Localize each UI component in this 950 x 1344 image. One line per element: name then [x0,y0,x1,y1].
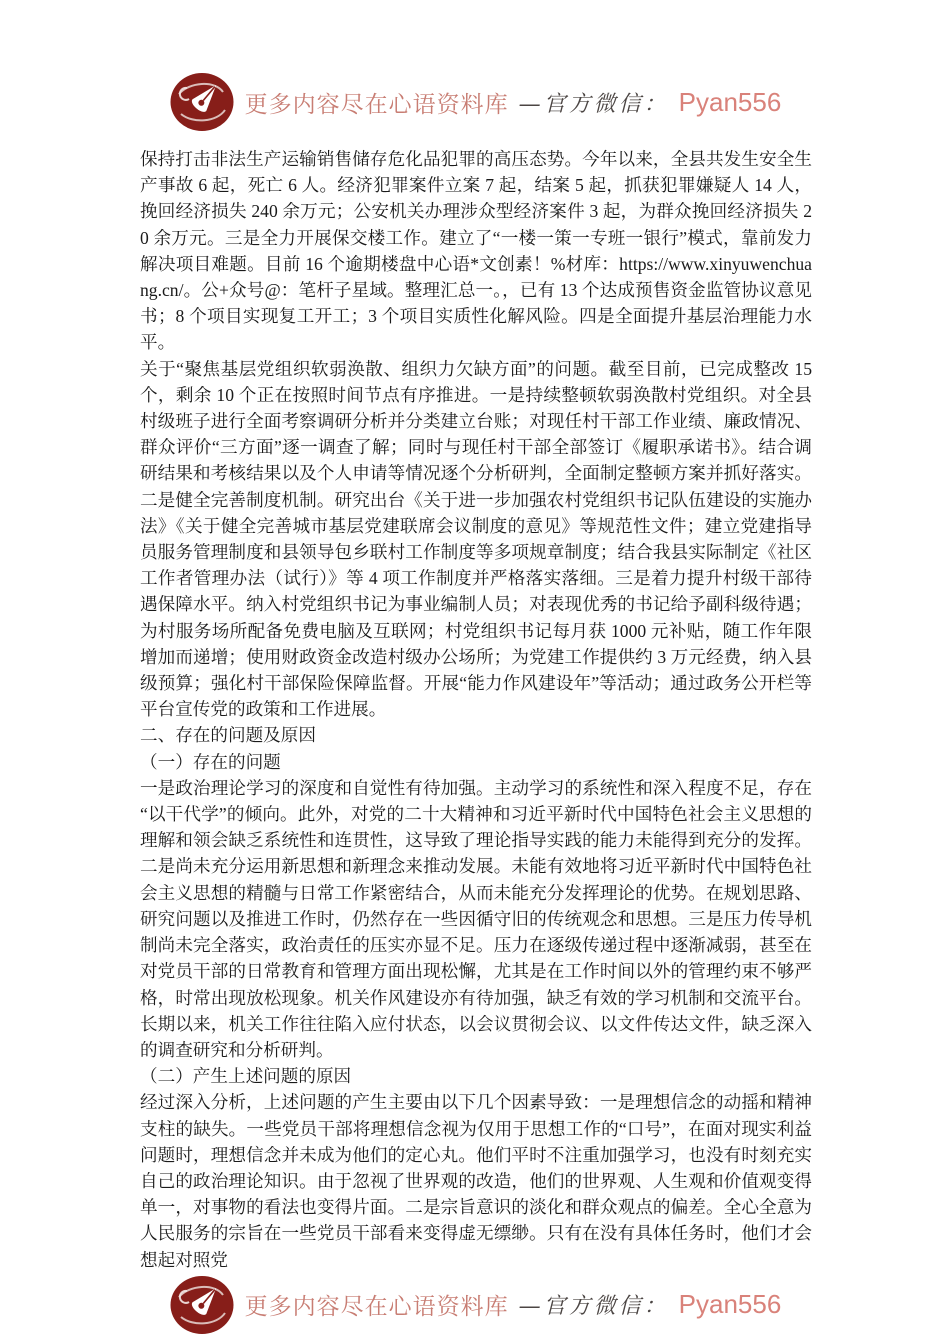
subsection-heading-existing-problems: （一）存在的问题 [140,749,812,775]
header-banner: 更多内容尽在心语资料库 —官方微信： Pyan556 [0,70,950,134]
paragraph-causes: 经过深入分析，上述问题的产生主要由以下几个因素导致：一是理想信念的动摇和精神支柱… [140,1089,812,1272]
section-heading-problems-and-causes: 二、存在的问题及原因 [140,722,812,748]
banner-wechat-label: —官方微信： [519,87,669,118]
paragraph-weak-party-orgs: 关于“聚焦基层党组织软弱涣散、组织力欠缺方面”的问题。截至目前，已完成整改 15… [140,356,812,723]
pen-nib-circle-icon [169,72,235,132]
document-content: 保持打击非法生产运输销售储存危化品犯罪的高压态势。今年以来，全县共发生安全生产事… [140,146,812,1273]
footer-banner: 更多内容尽在心语资料库 —官方微信： Pyan556 [0,1273,950,1337]
banner-wechat-id: Pyan556 [679,1289,782,1320]
banner-brand-text: 更多内容尽在心语资料库 [245,86,509,119]
document-page: 更多内容尽在心语资料库 —官方微信： Pyan556 保持打击非法生产运输销售储… [0,0,950,1344]
banner-wechat-id: Pyan556 [679,87,782,118]
pen-nib-circle-icon [169,1275,235,1335]
paragraph-safety-economy: 保持打击非法生产运输销售储存危化品犯罪的高压态势。今年以来，全县共发生安全生产事… [140,146,812,356]
paragraph-existing-problems: 一是政治理论学习的深度和自觉性有待加强。主动学习的系统性和深入程度不足，存在“以… [140,775,812,1063]
banner-brand-text: 更多内容尽在心语资料库 [245,1288,509,1321]
banner-wechat-label: —官方微信： [519,1289,669,1320]
subsection-heading-causes: （二）产生上述问题的原因 [140,1063,812,1089]
